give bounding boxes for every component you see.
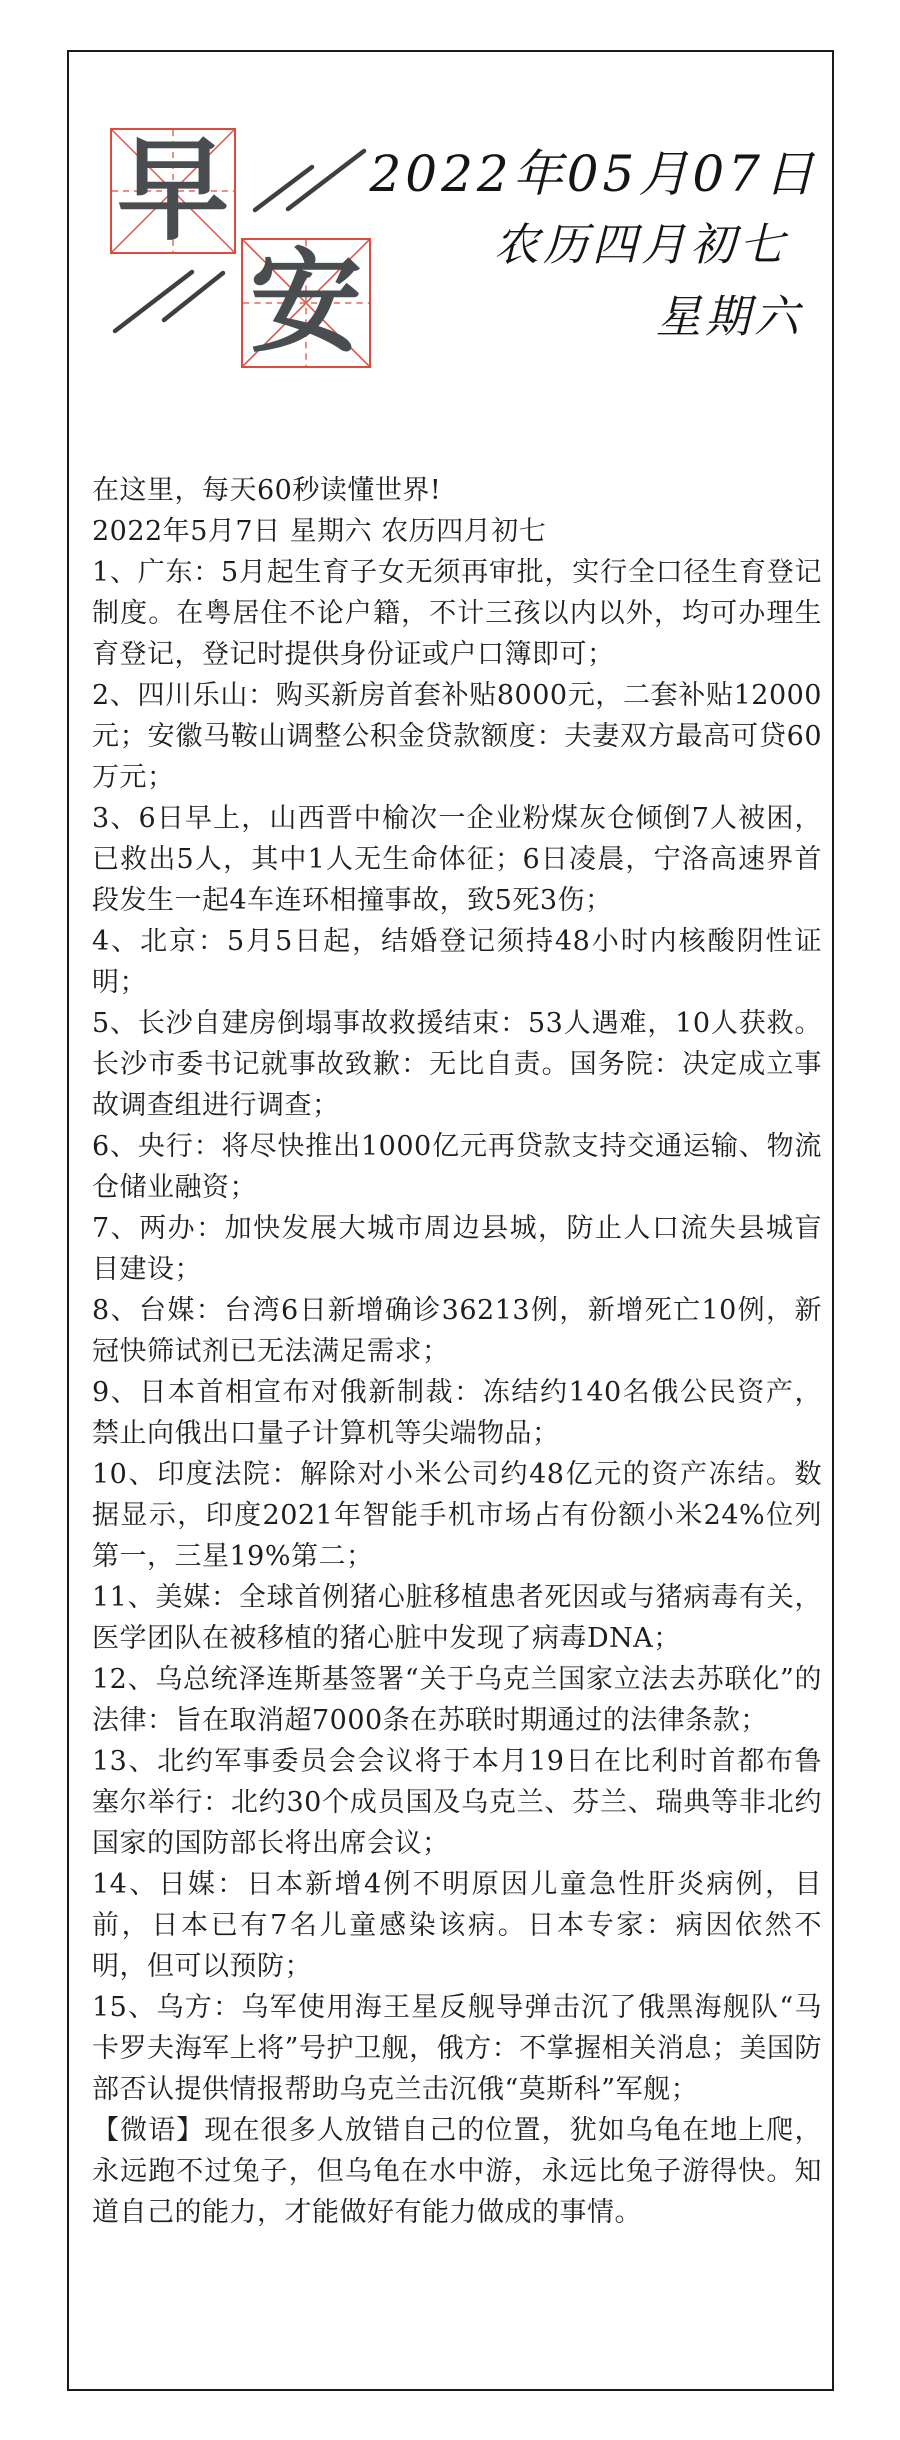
body-paragraph: 2022年5月7日 星期六 农历四月初七 [92, 511, 822, 552]
body-paragraph: 在这里，每天60秒读懂世界! [92, 470, 822, 511]
body-paragraph: 5、长沙自建房倒塌事故救援结束：53人遇难，10人获救。长沙市委书记就事故致歉：… [92, 1003, 822, 1126]
body-paragraph: 2、四川乐山：购买新房首套补贴8000元，二套补贴12000元；安徽马鞍山调整公… [92, 675, 822, 798]
date-lunar: 农历四月初七 [494, 208, 788, 273]
body-paragraph: 13、北约军事委员会会议将于本月19日在比利时首都布鲁塞尔举行：北约30个成员国… [92, 1741, 822, 1864]
body-paragraph: 4、北京：5月5日起，结婚登记须持48小时内核酸阴性证明； [92, 921, 822, 1003]
body-paragraph: 11、美媒：全球首例猪心脏移植患者死因或与猪病毒有关，医学团队在被移植的猪心脏中… [92, 1577, 822, 1659]
body-paragraph: 1、广东：5月起生育子女无须再审批，实行全口径生育登记制度。在粤居住不论户籍，不… [92, 552, 822, 675]
poster-frame: 早 安 2022年05月07日 农历四月初七 星期六 在这里，每天60秒读懂世界… [67, 50, 834, 2391]
body-paragraph: 7、两办：加快发展大城市周边县城，防止人口流失县城盲目建设； [92, 1208, 822, 1290]
news-body: 在这里，每天60秒读懂世界!2022年5月7日 星期六 农历四月初七1、广东：5… [92, 470, 822, 2233]
date-gregorian: 2022年05月07日 [370, 134, 819, 206]
body-paragraph: 15、乌方：乌军使用海王星反舰导弹击沉了俄黑海舰队“马卡罗夫海军上将”号护卫舰，… [92, 1987, 822, 2110]
date-weekday: 星期六 [656, 280, 803, 345]
body-paragraph: 10、印度法院：解除对小米公司约48亿元的资产冻结。数据显示，印度2021年智能… [92, 1454, 822, 1577]
double-slash-decoration-icon [69, 52, 409, 372]
body-paragraph: 12、乌总统泽连斯基签署“关于乌克兰国家立法去苏联化”的法律：旨在取消超7000… [92, 1659, 822, 1741]
body-paragraph: 9、日本首相宣布对俄新制裁：冻结约140名俄公民资产，禁止向俄出口量子计算机等尖… [92, 1372, 822, 1454]
body-paragraph: 3、6日早上，山西晋中榆次一企业粉煤灰仓倾倒7人被困，已救出5人，其中1人无生命… [92, 798, 822, 921]
body-paragraph: 【微语】现在很多人放错自己的位置，犹如乌龟在地上爬，永远跑不过兔子，但乌龟在水中… [92, 2110, 822, 2233]
body-paragraph: 6、央行：将尽快推出1000亿元再贷款支持交通运输、物流仓储业融资； [92, 1126, 822, 1208]
body-paragraph: 14、日媒：日本新增4例不明原因儿童急性肝炎病例，目前，日本已有7名儿童感染该病… [92, 1864, 822, 1987]
good-morning-news-poster: 早 安 2022年05月07日 农历四月初七 星期六 在这里，每天60秒读懂世界… [0, 0, 900, 2440]
body-paragraph: 8、台媒：台湾6日新增确诊36213例，新增死亡10例，新冠快筛试剂已无法满足需… [92, 1290, 822, 1372]
